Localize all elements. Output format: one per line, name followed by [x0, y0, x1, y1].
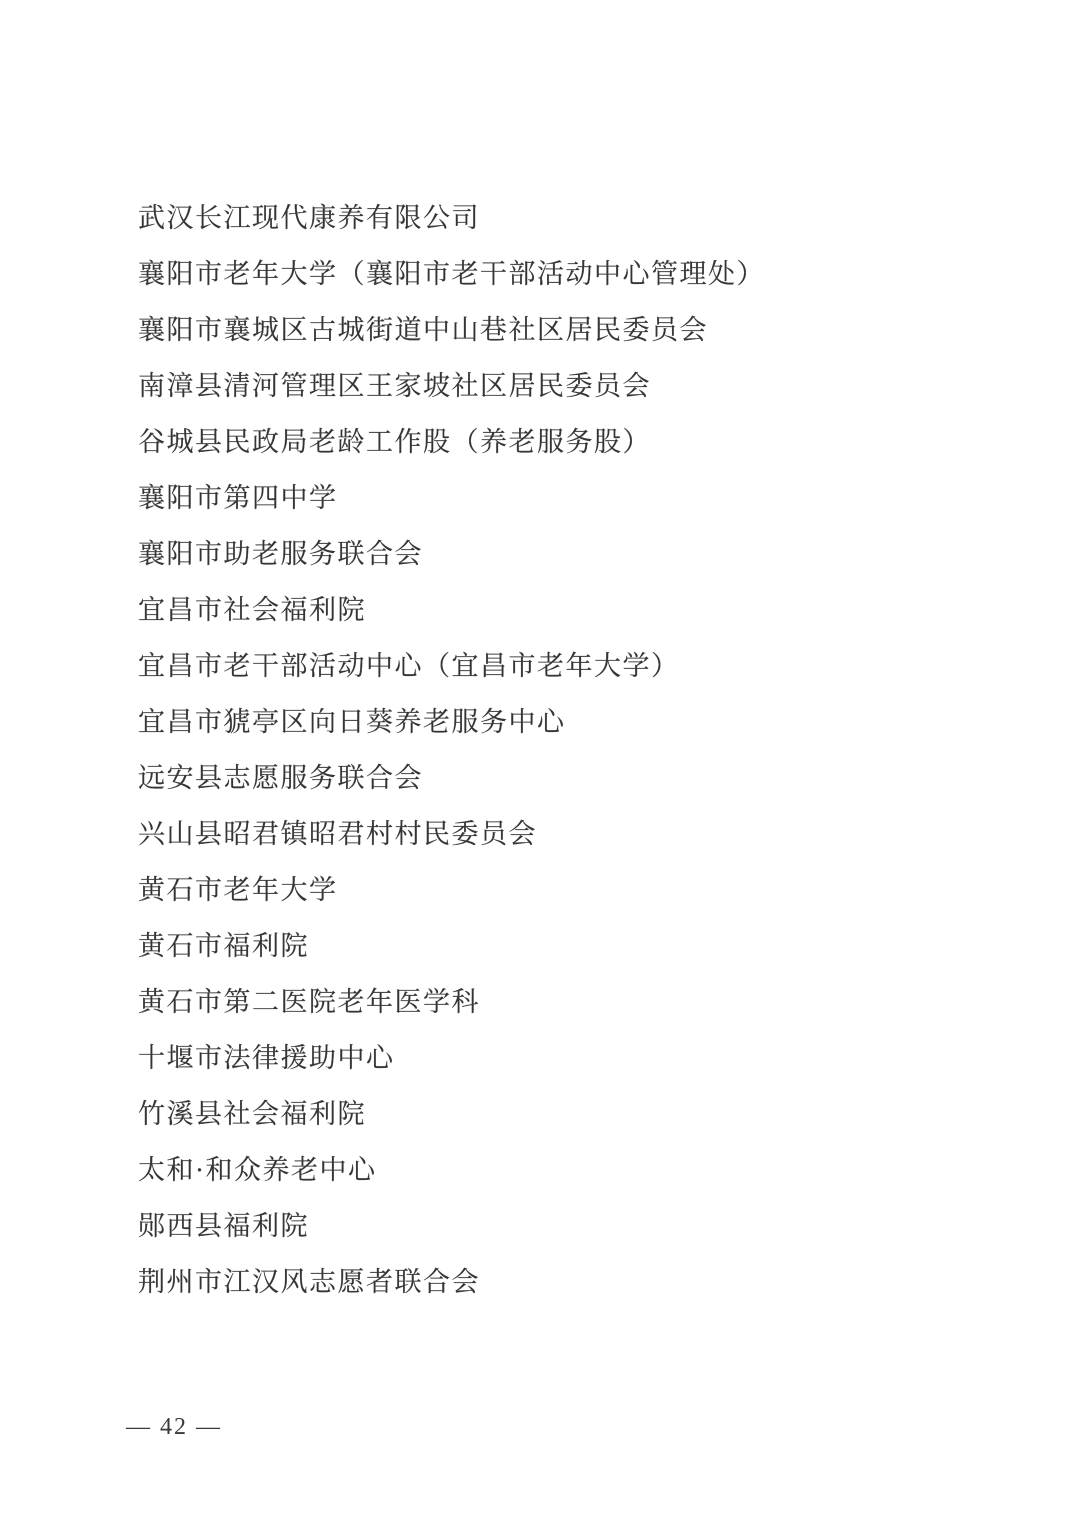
- organization-list-item: 宜昌市老干部活动中心（宜昌市老年大学）: [138, 638, 1040, 694]
- organization-list-item: 郧西县福利院: [138, 1198, 1040, 1254]
- organization-list-item: 襄阳市老年大学（襄阳市老干部活动中心管理处）: [138, 246, 1040, 302]
- organization-list-item: 武汉长江现代康养有限公司: [138, 190, 1040, 246]
- organization-list-item: 太和·和众养老中心: [138, 1142, 1040, 1198]
- organization-list-item: 谷城县民政局老龄工作股（养老服务股）: [138, 414, 1040, 470]
- document-page: 武汉长江现代康养有限公司 襄阳市老年大学（襄阳市老干部活动中心管理处） 襄阳市襄…: [0, 0, 1080, 1527]
- organization-list-item: 襄阳市第四中学: [138, 470, 1040, 526]
- organization-list-item: 南漳县清河管理区王家坡社区居民委员会: [138, 358, 1040, 414]
- organization-list-item: 竹溪县社会福利院: [138, 1086, 1040, 1142]
- organization-list-item: 黄石市老年大学: [138, 862, 1040, 918]
- organization-list-item: 宜昌市社会福利院: [138, 582, 1040, 638]
- page-number: — 42 —: [126, 1414, 222, 1441]
- organization-list-item: 黄石市福利院: [138, 918, 1040, 974]
- organization-list-item: 荆州市江汉风志愿者联合会: [138, 1254, 1040, 1310]
- organization-list-item: 兴山县昭君镇昭君村村民委员会: [138, 806, 1040, 862]
- organization-list-item: 襄阳市襄城区古城街道中山巷社区居民委员会: [138, 302, 1040, 358]
- organization-list-item: 远安县志愿服务联合会: [138, 750, 1040, 806]
- organization-list-item: 黄石市第二医院老年医学科: [138, 974, 1040, 1030]
- organization-list-item: 十堰市法律援助中心: [138, 1030, 1040, 1086]
- organization-list-item: 宜昌市猇亭区向日葵养老服务中心: [138, 694, 1040, 750]
- organization-list-item: 襄阳市助老服务联合会: [138, 526, 1040, 582]
- organization-list: 武汉长江现代康养有限公司 襄阳市老年大学（襄阳市老干部活动中心管理处） 襄阳市襄…: [138, 190, 1040, 1310]
